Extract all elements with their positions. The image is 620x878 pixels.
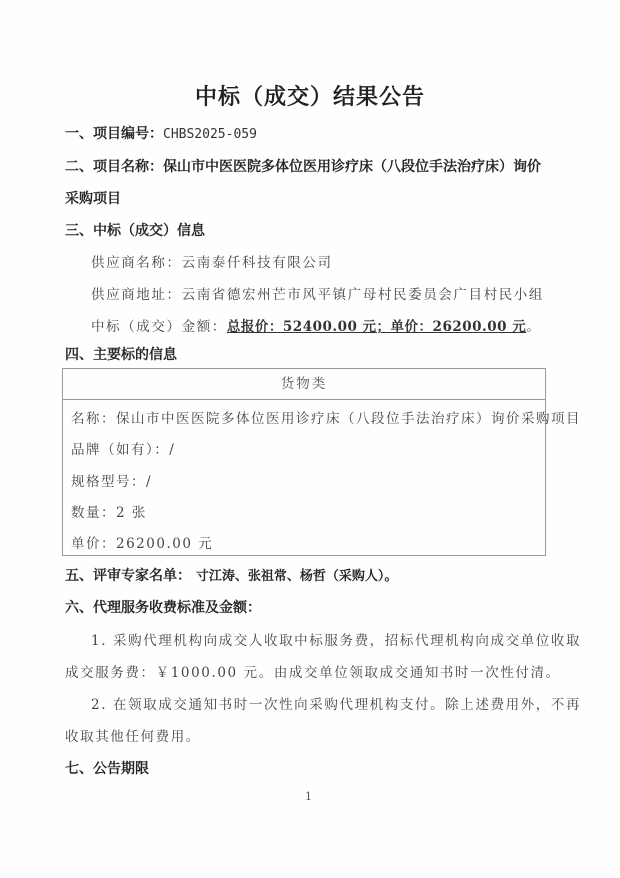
- experts-label: 五、评审专家名单：: [65, 568, 191, 584]
- project-number-value: CHBS2025-059: [163, 127, 257, 142]
- award-amount-label: 中标（成交）金额：: [91, 319, 227, 335]
- supplier-name-value: 云南泰仟科技有限公司: [182, 255, 333, 271]
- supplier-name-label: 供应商名称：: [91, 255, 182, 271]
- supplier-name: 供应商名称：云南泰仟科技有限公司: [91, 253, 333, 273]
- main-items-table: 货物类 名称：保山市中医医院多体位医用诊疗床（八段位手法治疗床）询价采购项目 品…: [62, 368, 546, 556]
- service-fee-p1-line2: 成交服务费：￥1000.00 元。由成交单位领取成交通知书时一次性付清。: [65, 663, 561, 683]
- table-row-model: 规格型号：/: [71, 470, 152, 490]
- experts-value: 寸江涛、张祖常、杨哲（采购人）。: [196, 569, 398, 584]
- section-project-name: 二、项目名称：保山市中医医院多体位医用诊疗床（八段位手法治疗床）询价: [65, 157, 541, 177]
- award-amount: 中标（成交）金额：总报价：52400.00 元；单价：26200.00 元。: [91, 317, 541, 337]
- service-fee-p1-line1: 1. 采购代理机构向成交人收取中标服务费，招标代理机构向成交单位收取: [91, 631, 581, 651]
- table-row-quantity: 数量：2 张: [71, 501, 147, 521]
- table-header-category: 货物类: [63, 369, 545, 400]
- award-amount-period: 。: [526, 319, 541, 335]
- supplier-address: 供应商地址：云南省德宏州芒市风平镇广母村民委员会广目村民小组: [91, 285, 544, 305]
- page-number: 1: [305, 790, 312, 803]
- section-notice-period-heading: 七、公告期限: [65, 759, 149, 779]
- project-name-label: 二、项目名称：: [65, 159, 163, 175]
- service-fee-p2-line1: 2. 在领取成交通知书时一次性向采购代理机构支付。除上述费用外，不再: [91, 695, 581, 715]
- section-project-number: 一、项目编号：CHBS2025-059: [65, 124, 257, 145]
- project-name-value-cont: 采购项目: [65, 189, 121, 209]
- supplier-address-value: 云南省德宏州芒市风平镇广母村民委员会广目村民小组: [182, 287, 544, 303]
- award-amount-value: 总报价：52400.00 元；单价：26200.00 元: [227, 319, 526, 335]
- table-row-name: 名称：保山市中医医院多体位医用诊疗床（八段位手法治疗床）询价采购项目: [71, 407, 581, 427]
- table-row-unit-price: 单价：26200.00 元: [71, 532, 213, 552]
- section-experts: 五、评审专家名单： 寸江涛、张祖常、杨哲（采购人）。: [65, 566, 397, 587]
- section-award-info-heading: 三、中标（成交）信息: [65, 221, 205, 241]
- supplier-address-label: 供应商地址：: [91, 287, 182, 303]
- section-service-fee-heading: 六、代理服务收费标准及金额：: [65, 598, 261, 618]
- project-name-value: 保山市中医医院多体位医用诊疗床（八段位手法治疗床）询价: [163, 159, 541, 175]
- project-number-label: 一、项目编号：: [65, 126, 163, 142]
- section-main-items-heading: 四、主要标的信息: [65, 345, 177, 365]
- table-row-brand: 品牌（如有）：/: [71, 438, 175, 458]
- page-title: 中标（成交）结果公告: [0, 80, 620, 111]
- service-fee-p2-line2: 收取其他任何费用。: [65, 727, 201, 747]
- document-page: 中标（成交）结果公告 一、项目编号：CHBS2025-059 二、项目名称：保山…: [0, 0, 620, 878]
